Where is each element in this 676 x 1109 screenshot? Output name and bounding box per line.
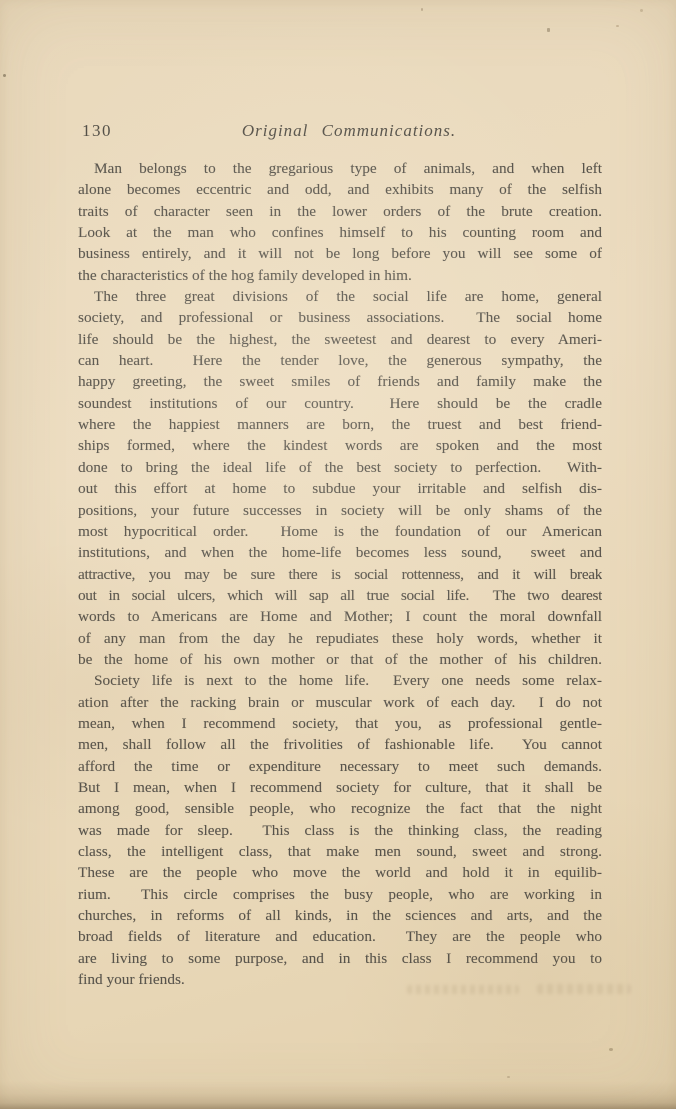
text-line: among good, sensible people, who recogni… [78,798,602,819]
scanned-book-page: 130 Original Communications. Man belongs… [0,0,676,1109]
text-line: men, shall follow all the frivolities of… [78,734,602,755]
text-line: Society life is next to the home life. E… [78,670,602,691]
text-line: happy greeting, the sweet smiles of frie… [78,371,602,392]
text-line: words to Americans are Home and Mother; … [78,606,602,627]
paper-speck [3,74,6,77]
paper-speck [547,28,550,32]
text-line: mean, when I recommend society, that you… [78,713,602,734]
running-head: Original Communications. [87,121,611,141]
text-line: of any man from the day he repudiates th… [78,628,602,649]
text-line: business entirely, and it will not be lo… [78,243,602,264]
text-line: out this effort at home to subdue your i… [78,478,602,499]
text-line: The three great divisions of the social … [78,286,602,307]
text-line: rium. This circle comprises the busy peo… [78,884,602,905]
text-line: But I mean, when I recommend society for… [78,777,602,798]
page-header: 130 Original Communications. [78,121,602,143]
text-line: most hypocritical order. Home is the fou… [78,521,602,542]
text-line: soundest institutions of our country. He… [78,393,602,414]
text-line: traits of character seen in the lower or… [78,201,602,222]
text-line: was made for sleep. This class is the th… [78,820,602,841]
paper-speck [616,25,619,27]
text-block: Man belongs to the gregarious type of an… [78,158,602,990]
page-bottom-shadow [0,1081,676,1109]
text-line: Look at the man who confines himself to … [78,222,602,243]
paper-speck [640,9,643,12]
text-line: life should be the highest, the sweetest… [78,329,602,350]
paper-speck [421,8,423,11]
text-line: ation after the racking brain or muscula… [78,692,602,713]
text-line: broad fields of literature and education… [78,926,602,947]
text-line: These are the people who move the world … [78,862,602,883]
text-line: where the happiest manners are born, the… [78,414,602,435]
paper-speck [507,1076,510,1078]
text-line: Man belongs to the gregarious type of an… [78,158,602,179]
text-line: find your friends. [78,969,602,990]
text-line: ships formed, where the kindest words ar… [78,435,602,456]
text-line: are living to some purpose, and in this … [78,948,602,969]
text-line: institutions, and when the home-life bec… [78,542,602,563]
text-line: alone becomes eccentric and odd, and exh… [78,179,602,200]
text-line: society, and professional or business as… [78,307,602,328]
text-line: positions, your future successes in soci… [78,500,602,521]
text-line: attractive, you may be sure there is soc… [78,564,602,585]
text-line: afford the time or expenditure necessary… [78,756,602,777]
text-line: the characteristics of the hog family de… [78,265,602,286]
text-line: class, the intelligent class, that make … [78,841,602,862]
text-line: out in social ulcers, which will sap all… [78,585,602,606]
text-line: done to bring the ideal life of the best… [78,457,602,478]
paper-speck [609,1048,613,1051]
text-line: be the home of his own mother or that of… [78,649,602,670]
text-line: can heart. Here the tender love, the gen… [78,350,602,371]
text-line: churches, in reforms of all kinds, in th… [78,905,602,926]
